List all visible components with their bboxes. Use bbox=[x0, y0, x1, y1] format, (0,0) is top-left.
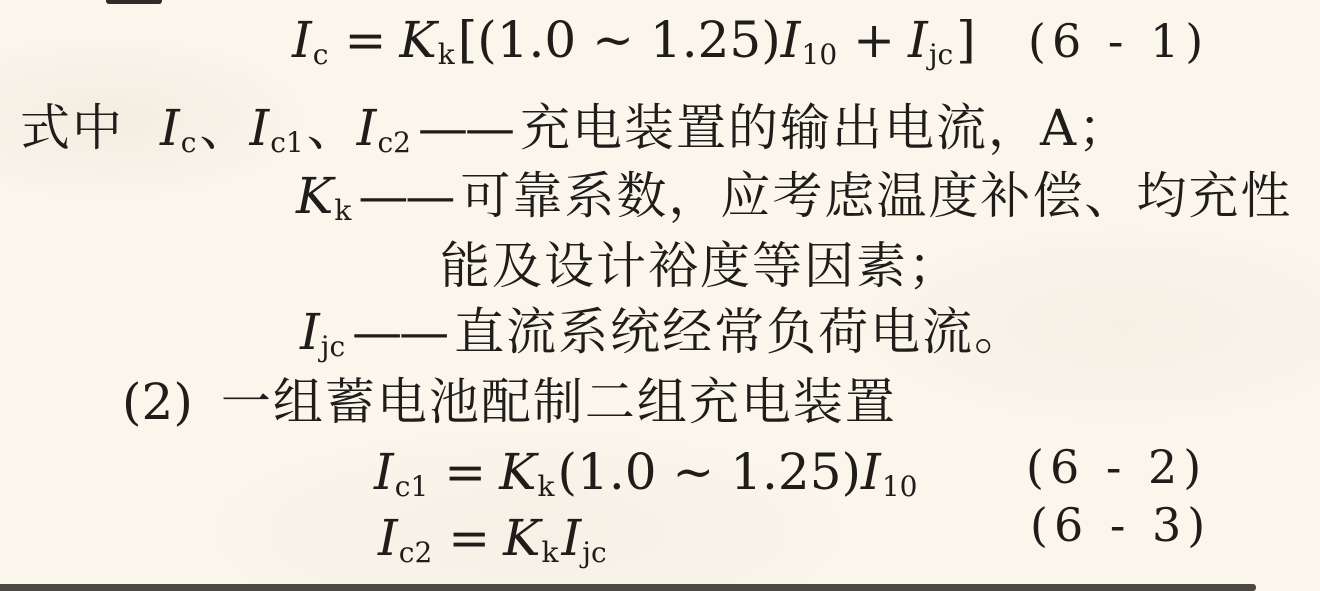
definition-row-2: Kk——可靠系数，应考虑温度补偿、均充性 bbox=[296, 166, 1292, 226]
scan-edge-artifact bbox=[0, 584, 1256, 591]
formula-token: K bbox=[503, 509, 540, 567]
definition-text-normal-load-current: 直流系统经常负荷电流。 bbox=[454, 303, 1026, 361]
scan-smudge-top bbox=[106, 0, 162, 4]
formula-token: (1.0 ~ 1.25) bbox=[558, 443, 862, 501]
formula-token: 10 bbox=[882, 470, 918, 503]
formula-token: c1 bbox=[270, 126, 304, 159]
formula-token: I bbox=[357, 99, 377, 157]
formula-token: ] bbox=[956, 11, 976, 69]
formula-token: [(1.0 ~ 1.25) bbox=[458, 11, 781, 69]
formula-token: I bbox=[160, 99, 180, 157]
formula-token: c bbox=[181, 126, 197, 159]
definition-dash: —— bbox=[358, 167, 452, 225]
definition-row-1: 式中Ic、Ic1、Ic2——充电装置的输出电流，A； bbox=[20, 98, 1130, 158]
equation-number-6-3: (6 - 3) bbox=[1030, 498, 1211, 552]
term-kk: Kk bbox=[296, 167, 354, 225]
section-heading-title: 一组蓄电池配制二组充电装置 bbox=[221, 373, 897, 431]
formula-token: k bbox=[542, 536, 559, 569]
definition-dash: —— bbox=[352, 303, 446, 361]
formula-6-3: Ic2=KkIjc bbox=[378, 508, 610, 568]
formula-token: jc bbox=[321, 330, 345, 363]
definition-row-2-continuation: 能及设计裕度等因素； bbox=[440, 236, 960, 296]
formula-token: I bbox=[861, 443, 881, 501]
formula-token: I bbox=[374, 443, 394, 501]
formula-token: = bbox=[331, 11, 399, 69]
term-ic-ic1-ic2: Ic、Ic1、Ic2 bbox=[160, 99, 414, 157]
definition-text-output-current: 充电装置的输出电流，A； bbox=[520, 99, 1130, 157]
formula-token: I bbox=[378, 509, 398, 567]
formula-6-1: Ic=Kk[(1.0 ~ 1.25)I10+Ijc] bbox=[292, 10, 976, 70]
formula-token: 、 bbox=[307, 99, 357, 157]
formula-token: I bbox=[300, 303, 320, 361]
formula-token: 、 bbox=[199, 99, 249, 157]
section-heading-marker: (2) bbox=[122, 373, 193, 431]
definition-text-reliability-factor: 可靠系数，应考虑温度补偿、均充性 bbox=[460, 167, 1292, 225]
where-intro-label: 式中 bbox=[20, 99, 124, 157]
equation-number-6-1: (6 - 1) bbox=[1028, 14, 1209, 68]
formula-token: c2 bbox=[377, 126, 411, 159]
formula-token: K bbox=[296, 167, 333, 225]
formula-token: I bbox=[292, 11, 312, 69]
formula-token: c2 bbox=[399, 536, 433, 569]
equation-number-6-2: (6 - 2) bbox=[1026, 440, 1207, 494]
definition-dash: —— bbox=[418, 99, 512, 157]
formula-token: I bbox=[562, 509, 582, 567]
formula-token: jc bbox=[929, 38, 953, 71]
formula-token: c bbox=[313, 38, 329, 71]
formula-token: c1 bbox=[395, 470, 429, 503]
formula-token: + bbox=[840, 11, 908, 69]
definition-text-reliability-factor-cont: 能及设计裕度等因素； bbox=[440, 237, 960, 295]
formula-token: k bbox=[334, 194, 351, 227]
section-heading: (2)一组蓄电池配制二组充电装置 bbox=[122, 372, 897, 432]
formula-token: K bbox=[399, 11, 436, 69]
formula-token: I bbox=[249, 99, 269, 157]
formula-token: 10 bbox=[802, 38, 838, 71]
formula-token: I bbox=[908, 11, 928, 69]
formula-6-2: Ic1=Kk(1.0 ~ 1.25)I10 bbox=[374, 442, 920, 502]
formula-token: I bbox=[781, 11, 801, 69]
term-ijc: Ijc bbox=[300, 303, 348, 361]
formula-token: K bbox=[499, 443, 536, 501]
formula-token: = bbox=[431, 443, 499, 501]
formula-token: k bbox=[538, 470, 555, 503]
formula-token: jc bbox=[582, 536, 606, 569]
formula-token: = bbox=[435, 509, 503, 567]
formula-token: k bbox=[438, 38, 455, 71]
definition-row-3: Ijc——直流系统经常负荷电流。 bbox=[300, 302, 1026, 362]
